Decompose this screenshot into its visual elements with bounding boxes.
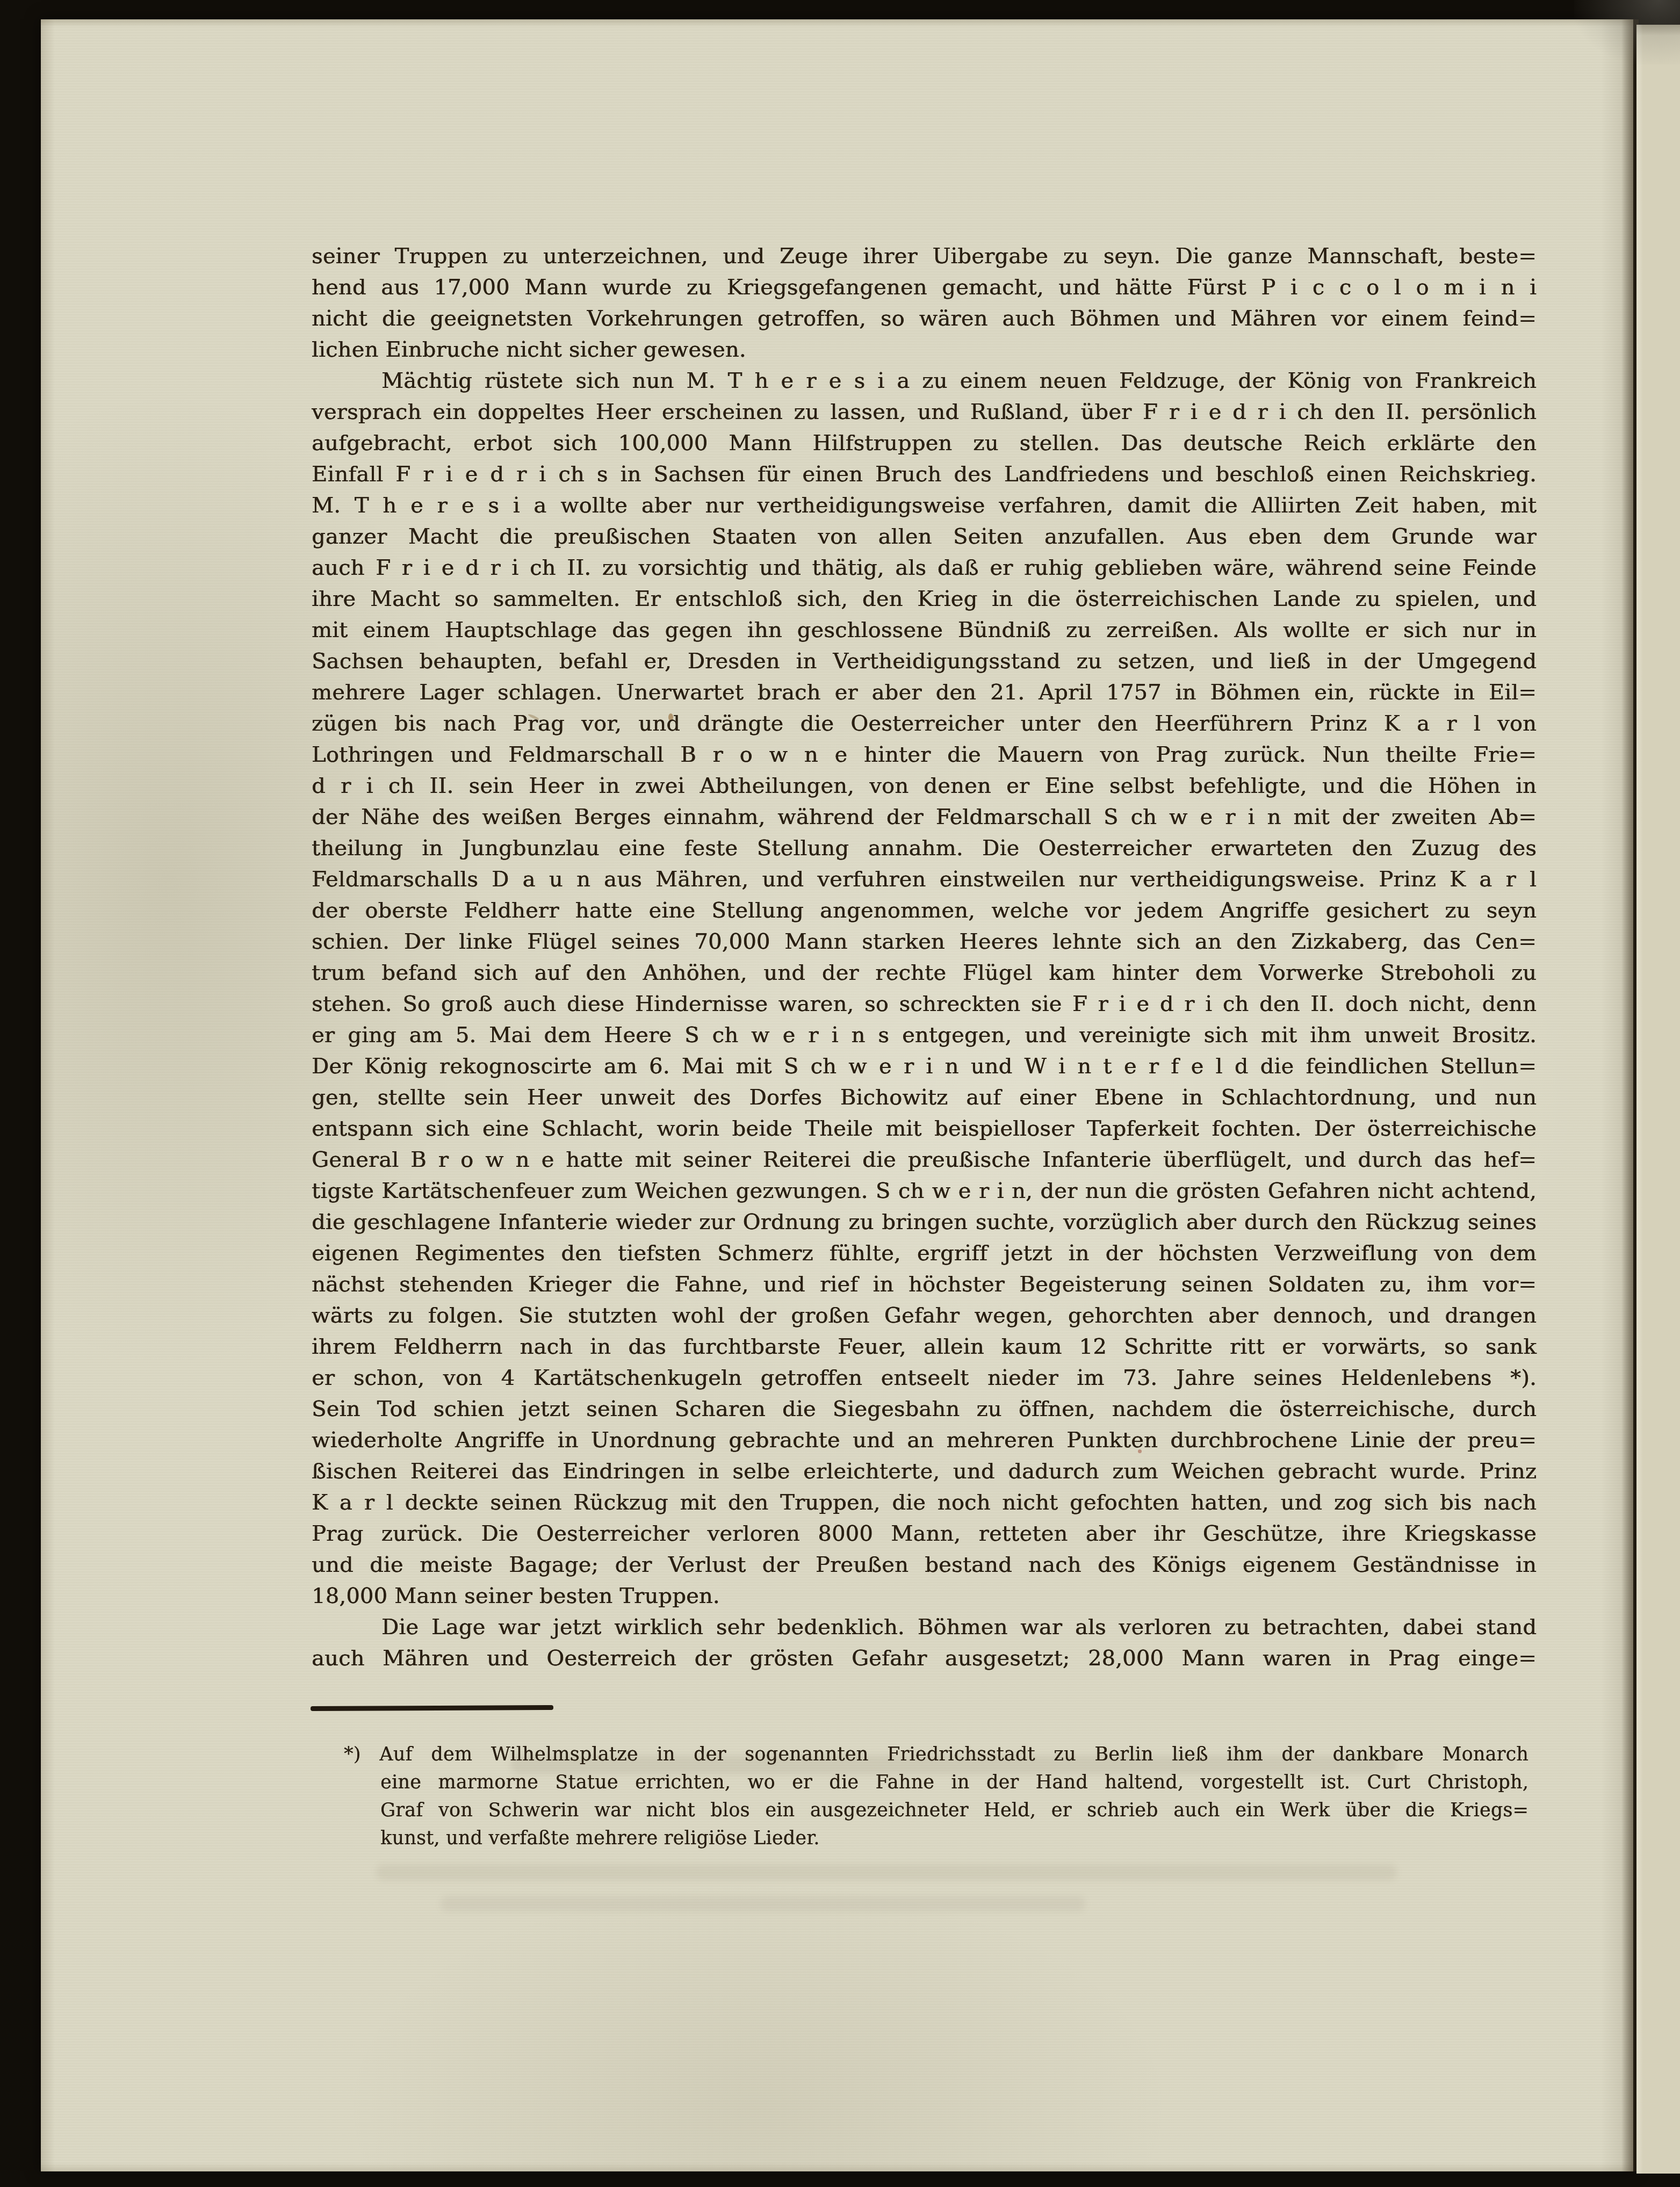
text-line: Der König rekognoscirte am 6. Mai mit S … bbox=[312, 1051, 1537, 1082]
scanned-book-photo: { "colors": { "background": "#110e09", "… bbox=[0, 0, 1680, 2187]
text-line: theilung in Jungbunzlau eine feste Stell… bbox=[312, 833, 1537, 864]
text-line: er ging am 5. Mai dem Heere S ch w e r i… bbox=[312, 1020, 1537, 1051]
book-page-edges bbox=[8, 18, 42, 2179]
text-line: Feldmarschalls D a u n aus Mähren, und v… bbox=[312, 864, 1537, 895]
text-line: und die meiste Bagage; der Verlust der P… bbox=[312, 1549, 1537, 1580]
text-line: 18,000 Mann seiner besten Truppen. bbox=[312, 1580, 1537, 1612]
text-line: Einfall F r i e d r i ch s in Sachsen fü… bbox=[312, 459, 1537, 490]
footnote-line: eine marmorne Statue errichten, wo er di… bbox=[344, 1769, 1528, 1796]
text-line: zügen bis nach Prag vor, und drängte die… bbox=[312, 708, 1537, 739]
text-line: lichen Einbruche nicht sicher gewesen. bbox=[312, 334, 1537, 365]
text-line: die geschlagene Infanterie wieder zur Or… bbox=[312, 1207, 1537, 1238]
text-line: ihre Macht so sammelten. Er entschloß si… bbox=[312, 583, 1537, 615]
text-line: Mächtig rüstete sich nun M. T h e r e s … bbox=[312, 365, 1537, 396]
paragraph: Die Lage war jetzt wirklich sehr bedenkl… bbox=[312, 1612, 1537, 1674]
text-line: Sachsen behaupten, befahl er, Dresden in… bbox=[312, 646, 1537, 677]
text-line: Sein Tod schien jetzt seinen Scharen die… bbox=[312, 1394, 1537, 1425]
text-line: gen, stellte sein Heer unweit des Dorfes… bbox=[312, 1082, 1537, 1113]
text-line: ganzer Macht die preußischen Staaten von… bbox=[312, 521, 1537, 552]
text-line: schien. Der linke Flügel seines 70,000 M… bbox=[312, 926, 1537, 957]
main-text: seiner Truppen zu unterzeichnen, und Zeu… bbox=[312, 241, 1537, 1674]
bleed-through-smudge bbox=[376, 1864, 1397, 1880]
text-line: K a r l deckte seinen Rückzug mit den Tr… bbox=[312, 1487, 1537, 1518]
text-line: trum befand sich auf den Anhöhen, und de… bbox=[312, 957, 1537, 988]
text-line: General B r o w n e hatte mit seiner Rei… bbox=[312, 1144, 1537, 1175]
text-line: versprach ein doppeltes Heer erscheinen … bbox=[312, 396, 1537, 428]
text-line: Lothringen und Feldmarschall B r o w n e… bbox=[312, 739, 1537, 770]
text-line: ßischen Reiterei das Eindringen in selbe… bbox=[312, 1456, 1537, 1487]
bleed-through-smudge bbox=[441, 1896, 1085, 1911]
text-line: stehen. So groß auch diese Hindernisse w… bbox=[312, 988, 1537, 1020]
text-line: nächst stehenden Krieger die Fahne, und … bbox=[312, 1269, 1537, 1300]
text-line: mehrere Lager schlagen. Unerwartet brach… bbox=[312, 677, 1537, 708]
paragraph: seiner Truppen zu unterzeichnen, und Zeu… bbox=[312, 241, 1537, 365]
text-line: hend aus 17,000 Mann wurde zu Kriegsgefa… bbox=[312, 272, 1537, 303]
text-line: ihrem Feldherrn nach in das furchtbarste… bbox=[312, 1331, 1537, 1362]
text-line: mit einem Hauptschlage das gegen ihn ges… bbox=[312, 615, 1537, 646]
binding-shadow bbox=[1574, 0, 1680, 64]
text-line: d r i ch II. sein Heer in zwei Abtheilun… bbox=[312, 770, 1537, 802]
text-line: entspann sich eine Schlacht, worin beide… bbox=[312, 1113, 1537, 1144]
footnote-line: *) Auf dem Wilhelmsplatze in der sogenan… bbox=[344, 1741, 1528, 1769]
text-line: Prag zurück. Die Oesterreicher verloren … bbox=[312, 1518, 1537, 1549]
text-line: wiederholte Angriffe in Unordnung gebrac… bbox=[312, 1425, 1537, 1456]
text-line: eigenen Regimentes den tiefsten Schmerz … bbox=[312, 1238, 1537, 1269]
text-line: der oberste Feldherr hatte eine Stellung… bbox=[312, 895, 1537, 926]
text-line: seiner Truppen zu unterzeichnen, und Zeu… bbox=[312, 241, 1537, 272]
text-line: aufgebracht, erbot sich 100,000 Mann Hil… bbox=[312, 428, 1537, 459]
text-line: auch F r i e d r i ch II. zu vorsichtig … bbox=[312, 552, 1537, 583]
text-line: auch Mähren und Oesterreich der grösten … bbox=[312, 1643, 1537, 1674]
paragraph: Mächtig rüstete sich nun M. T h e r e s … bbox=[312, 365, 1537, 1612]
text-line: er schon, von 4 Kartätschenkugeln getrof… bbox=[312, 1362, 1537, 1394]
footnote-line: Graf von Schwerin war nicht blos ein aus… bbox=[344, 1796, 1528, 1824]
text-line: tigste Kartätschenfeuer zum Weichen gezw… bbox=[312, 1175, 1537, 1207]
text-line: M. T h e r e s i a wollte aber nur verth… bbox=[312, 490, 1537, 521]
footnote-line: kunst, und verfaßte mehrere religiöse Li… bbox=[344, 1824, 1528, 1852]
text-line: Die Lage war jetzt wirklich sehr bedenkl… bbox=[312, 1612, 1537, 1643]
text-line: nicht die geeignetsten Vorkehrungen getr… bbox=[312, 303, 1537, 334]
footnote: *) Auf dem Wilhelmsplatze in der sogenan… bbox=[344, 1741, 1528, 1852]
text-line: wärts zu folgen. Sie stutzten wohl der g… bbox=[312, 1300, 1537, 1331]
text-line: der Nähe des weißen Berges einnahm, währ… bbox=[312, 802, 1537, 833]
next-page-edge bbox=[1636, 25, 1680, 2174]
